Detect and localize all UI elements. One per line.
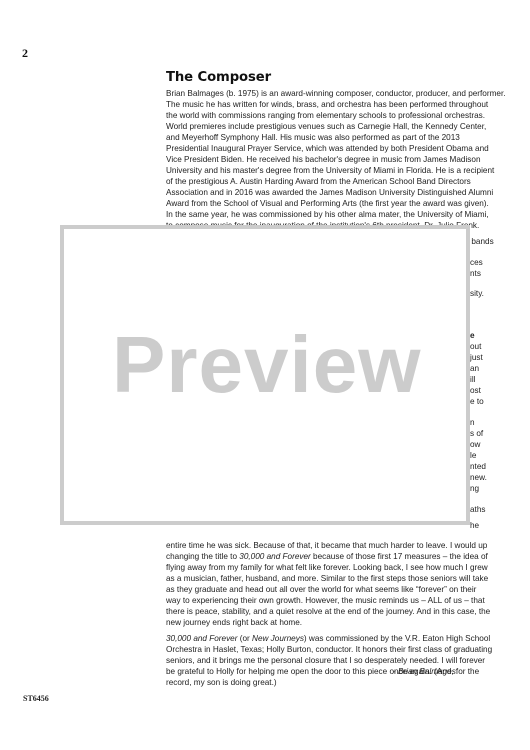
catalog-code: ST6456 <box>23 694 49 703</box>
text-fragment: aths <box>470 504 485 515</box>
text-line: In the same year, he was commissioned by… <box>166 209 484 220</box>
text-fragment: an <box>470 363 479 374</box>
section-heading: The Composer <box>166 69 484 86</box>
text-fragment: ow <box>470 439 480 450</box>
text-fragment: nted <box>470 461 486 472</box>
text-fragment: just <box>470 352 483 363</box>
text-line: as a musician, father, husband, and more… <box>166 573 484 584</box>
text-line: Brian Balmages (b. 1975) is an award-win… <box>166 88 484 99</box>
text-fragment: ost <box>470 385 481 396</box>
text-line: World premieres include prestigious venu… <box>166 121 484 132</box>
author-signature: - Brian Balmages <box>393 667 456 676</box>
story-paragraph: entire time he was sick. Because of that… <box>166 540 484 628</box>
text-line: changing the title to 30,000 and Forever… <box>166 551 484 562</box>
text-line: 30,000 and Forever (or New Journeys) was… <box>166 633 484 644</box>
text-line: entire time he was sick. Because of that… <box>166 540 484 551</box>
text-fragment: sity. <box>470 288 484 299</box>
text-line: record, my son is doing great.) <box>166 677 484 688</box>
text-line: seniors, and it brings me the personal c… <box>166 655 484 666</box>
text-line: new journey ends right back at home. <box>166 617 484 628</box>
text-line: way to experiencing their own growth. Ho… <box>166 595 484 606</box>
text-fragment: he <box>470 520 479 531</box>
text-fragment: ill <box>470 374 475 385</box>
text-line: Vice President Biden. He received his ba… <box>166 154 484 165</box>
text-line: Association and in 2016 was awarded the … <box>166 187 484 198</box>
text-fragment: e <box>470 330 475 341</box>
text-line: the world with commissions ranging from … <box>166 110 484 121</box>
text-fragment: ces <box>470 257 483 268</box>
text-line: Award from the School of Visual and Perf… <box>166 198 484 209</box>
text-line: Orchestra in Haslet, Texas; Holly Burton… <box>166 644 484 655</box>
preview-watermark-box: Preview <box>60 225 470 525</box>
commission-paragraph: 30,000 and Forever (or New Journeys) was… <box>166 633 484 688</box>
page-number: 2 <box>22 46 28 61</box>
text-fragment: s of <box>470 428 483 439</box>
text-line: The music he has written for winds, bras… <box>166 99 484 110</box>
text-fragment: nts <box>470 268 481 279</box>
text-fragment: le <box>470 450 476 461</box>
text-line: Presidential Inaugural Prayer Service, w… <box>166 143 484 154</box>
text-line: University and his master's degree from … <box>166 165 484 176</box>
italic-title: 30,000 and Forever <box>239 552 310 561</box>
text-line: as they graduate and head out all over t… <box>166 584 484 595</box>
text-fragment: out <box>470 341 481 352</box>
text-fragment: e to <box>470 396 484 407</box>
text-line: and Meyerhoff Symphony Hall. His music w… <box>166 132 484 143</box>
italic-title: 30,000 and Forever <box>166 634 237 643</box>
text-fragment: ng <box>470 483 479 494</box>
bio-paragraph: Brian Balmages (b. 1975) is an award-win… <box>166 88 484 231</box>
text-fragment: new. <box>470 472 487 483</box>
preview-watermark-text: Preview <box>112 325 421 405</box>
text-line: flying away from my family for what felt… <box>166 562 484 573</box>
text-fragment: n <box>470 417 475 428</box>
text-line: there is peace, stability, and a quiet r… <box>166 606 484 617</box>
italic-title: New Journeys <box>252 634 304 643</box>
text-line: of the prestigious A. Austin Harding Awa… <box>166 176 484 187</box>
